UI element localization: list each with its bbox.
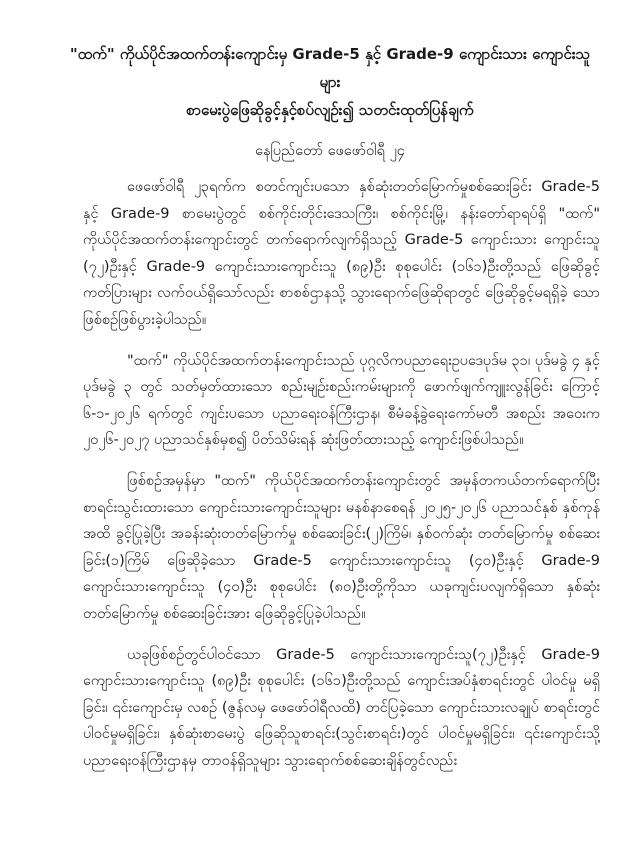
body-paragraph-1: ဖေဖော်ဝါရီ ၂၃ရက်က စတင်ကျင်းပသော နှစ်ဆုံး… (83, 174, 600, 334)
press-release-title: "ထက်" ကိုယ်ပိုင်အထက်တန်းကျောင်းမှ Grade-… (60, 40, 600, 124)
title-line-2: စာမေးပွဲဖြေဆိုခွင့်နှင့်စပ်လျဉ်း၍ သတင်းထ… (60, 96, 600, 124)
body-paragraph-4: ယခုဖြစ်စဉ်တွင်ပါဝင်သော Grade-5 ကျောင်းသာ… (83, 642, 600, 775)
body-paragraph-2: "ထက်" ကိုယ်ပိုင်အထက်တန်းကျောင်းသည် ပုဂ္ဂ… (83, 348, 600, 454)
title-line-1: "ထက်" ကိုယ်ပိုင်အထက်တန်းကျောင်းမှ Grade-… (60, 40, 600, 96)
body-paragraph-3: ဖြစ်စဉ်အမှန်မှာ "ထက်" ကိုယ်ပိုင်အထက်တန်း… (83, 468, 600, 628)
dateline: နေပြည်တော် ဖေဖော်ဝါရီ ၂၄ (60, 138, 600, 164)
document-page: "ထက်" ကိုယ်ပိုင်အထက်တန်းကျောင်းမှ Grade-… (0, 0, 641, 864)
